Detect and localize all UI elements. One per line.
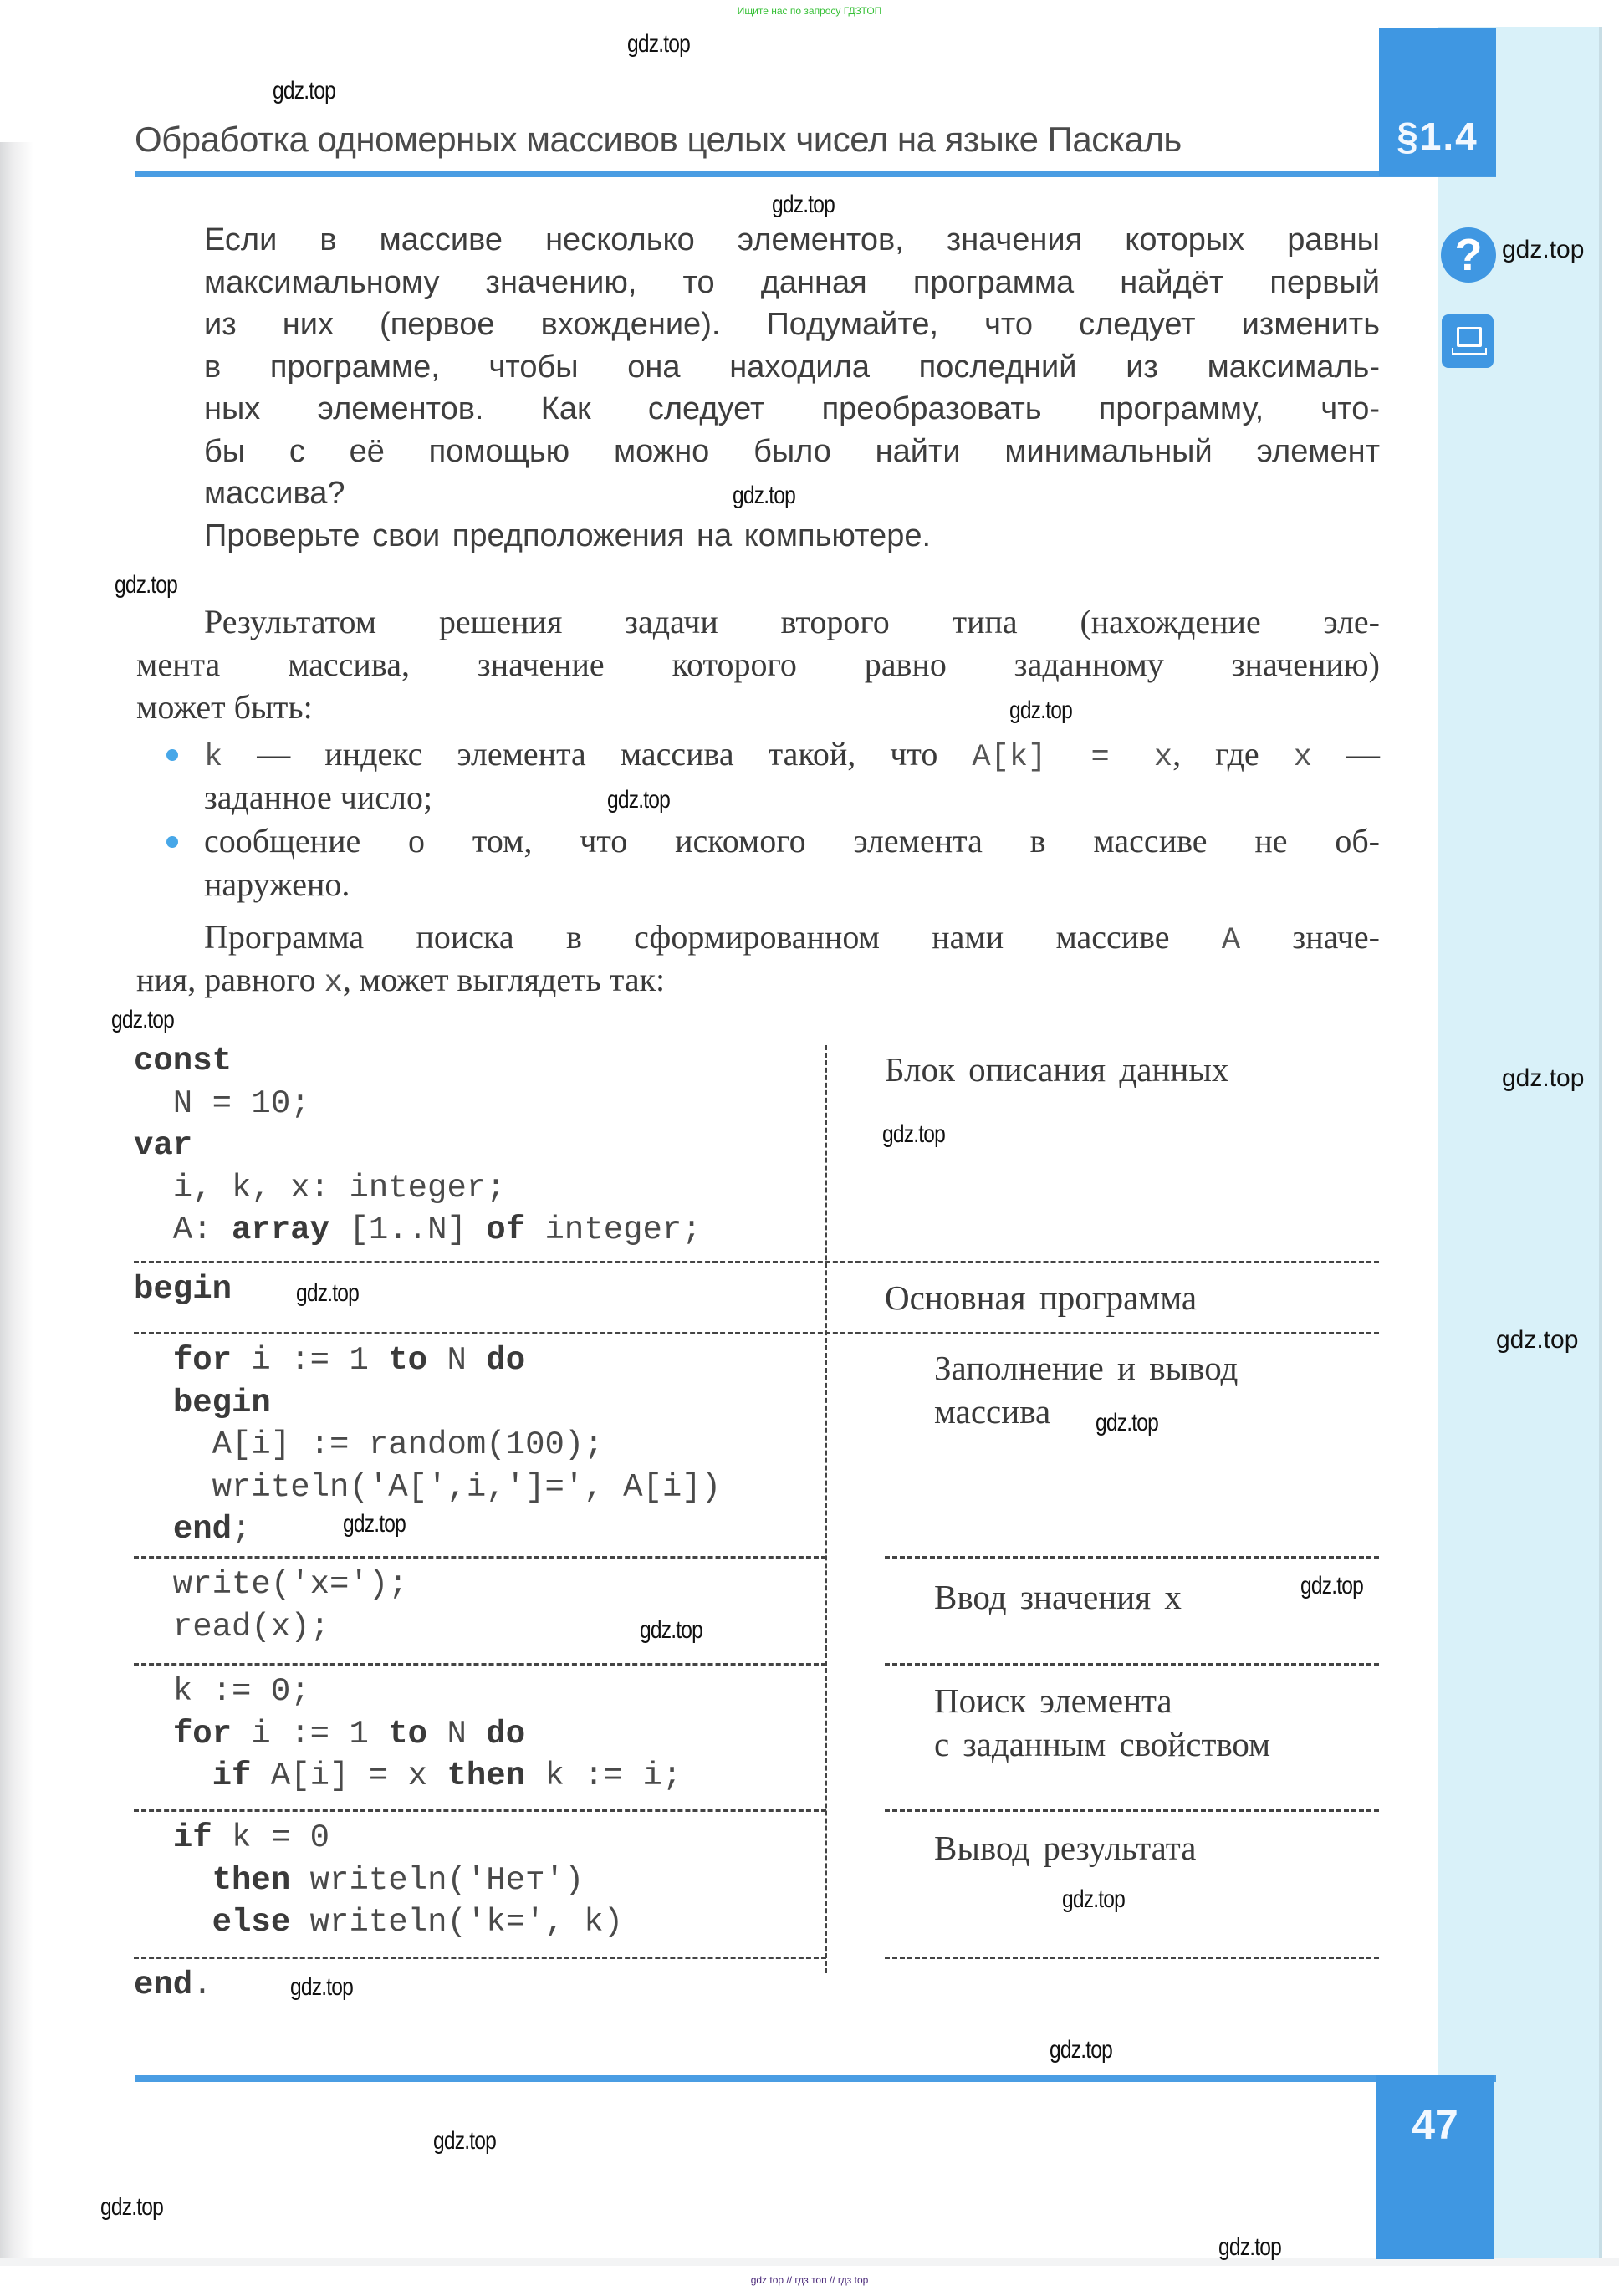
code-keyword: end bbox=[173, 1511, 232, 1548]
page-number-tab: 47 bbox=[1376, 2075, 1494, 2259]
block-description: Поиск элемента bbox=[934, 1681, 1172, 1721]
watermark-link[interactable]: gdz.top bbox=[733, 482, 795, 510]
watermark-link[interactable]: gdz.top bbox=[607, 786, 670, 814]
code-line: i, k, x: integer; bbox=[134, 1170, 506, 1207]
code-line: if A[i] = x then k := i; bbox=[134, 1758, 682, 1794]
code-line: read(x); bbox=[134, 1609, 329, 1645]
block-description: Ввод значения x bbox=[934, 1577, 1182, 1617]
code-keyword: begin bbox=[173, 1385, 271, 1421]
code-keyword: begin bbox=[134, 1271, 232, 1308]
code-line: k := 0; bbox=[134, 1673, 310, 1710]
computer-icon bbox=[1442, 314, 1494, 368]
block-separator bbox=[134, 1957, 826, 1959]
code-line: writeln('A[',i,']=', A[i]) bbox=[134, 1469, 721, 1506]
footer-banner-note[interactable]: gdz top // гдз топ // гдз top bbox=[0, 2274, 1619, 2286]
text-line: мента массива, значение которого равно з… bbox=[136, 643, 1380, 686]
code-x: x bbox=[1294, 740, 1312, 775]
bullet-icon bbox=[166, 749, 178, 761]
result-bullet-list: k — индекс элемента массива такой, что A… bbox=[136, 732, 1380, 906]
text-line: Программа поиска в сформированном нами м… bbox=[136, 916, 1380, 958]
code-line: write('x='); bbox=[134, 1566, 408, 1603]
section-number: §1.4 bbox=[1379, 114, 1496, 159]
page-title: Обработка одномерных массивов целых чисе… bbox=[135, 120, 1182, 160]
block-description: Блок описания данных bbox=[885, 1049, 1228, 1089]
code-keyword: var bbox=[134, 1127, 192, 1164]
text-line: Если в массиве несколько элементов, знач… bbox=[204, 219, 1380, 262]
list-item: сообщение о том, что искомого элемента в… bbox=[136, 819, 1380, 863]
block-separator bbox=[134, 1663, 826, 1666]
code-keyword: const bbox=[134, 1043, 232, 1079]
block-separator bbox=[134, 1332, 1379, 1334]
watermark-link[interactable]: gdz.top bbox=[1300, 1572, 1363, 1600]
code-keyword: array bbox=[232, 1212, 329, 1248]
block-separator bbox=[134, 1261, 1379, 1263]
watermark-link[interactable]: gdz.top bbox=[1502, 1064, 1584, 1093]
top-banner-note[interactable]: Ищите нас по запросу ГДЗТОП bbox=[0, 5, 1619, 17]
code-line: const bbox=[134, 1043, 232, 1079]
code-keyword: of bbox=[486, 1212, 525, 1248]
text-fragment: , где bbox=[1172, 735, 1294, 773]
text-line: из них (первое вхождение). Подумайте, чт… bbox=[204, 304, 1380, 346]
code-keyword: do bbox=[486, 1342, 525, 1379]
watermark-link[interactable]: gdz.top bbox=[1496, 1326, 1578, 1355]
block-description: Основная программа bbox=[885, 1278, 1197, 1318]
text-fragment: значе- bbox=[1240, 918, 1380, 956]
text-line: Проверьте свои предположения на компьюте… bbox=[204, 515, 1380, 558]
code-line: for i := 1 to N do bbox=[134, 1342, 525, 1379]
code-A: A bbox=[1222, 923, 1240, 958]
text-fragment: , может выглядеть так: bbox=[343, 961, 665, 998]
code-line: N = 10; bbox=[134, 1085, 310, 1122]
text-line: бы с её помощью можно было найти минимал… bbox=[204, 431, 1380, 473]
code-line: for i := 1 to N do bbox=[134, 1716, 525, 1753]
list-item-continuation: наружено. bbox=[136, 863, 1380, 906]
section-tab: §1.4 bbox=[1379, 28, 1496, 176]
text-line: может быть: bbox=[136, 686, 1380, 728]
code-line: A[i] := random(100); bbox=[134, 1426, 604, 1463]
computer-screen-shape bbox=[1457, 327, 1482, 347]
watermark-link[interactable]: gdz.top bbox=[115, 571, 177, 600]
watermark-link[interactable]: gdz.top bbox=[1096, 1409, 1158, 1437]
code-keyword: else bbox=[212, 1904, 291, 1941]
text-fragment: ния, равного bbox=[136, 961, 324, 998]
block-separator bbox=[134, 1809, 826, 1812]
code-keyword: then bbox=[212, 1862, 291, 1899]
watermark-link[interactable]: gdz.top bbox=[111, 1006, 174, 1034]
block-separator bbox=[885, 1556, 1379, 1559]
text-line: максимальному значению, то данная програ… bbox=[204, 262, 1380, 304]
code-keyword: for bbox=[173, 1716, 232, 1753]
watermark-link[interactable]: gdz.top bbox=[1218, 2233, 1281, 2262]
code-line: A: array [1..N] of integer; bbox=[134, 1212, 702, 1248]
watermark-link[interactable]: gdz.top bbox=[1502, 236, 1584, 264]
code-expression: A[k] = x bbox=[972, 740, 1172, 775]
code-keyword: to bbox=[388, 1716, 427, 1753]
text-fragment: — bbox=[1312, 735, 1380, 773]
block-separator bbox=[885, 1809, 1379, 1812]
code-keyword: to bbox=[388, 1342, 427, 1379]
watermark-link[interactable]: gdz.top bbox=[433, 2127, 496, 2156]
code-k: k bbox=[204, 740, 222, 775]
title-underline bbox=[135, 171, 1496, 177]
watermark-link[interactable]: gdz.top bbox=[290, 1973, 353, 2002]
block-description: с заданным свойством bbox=[934, 1724, 1270, 1764]
text-line: ных элементов. Как следует преобразовать… bbox=[204, 388, 1380, 431]
margin-strip-edge bbox=[1599, 27, 1602, 2258]
text-fragment: сообщение о том, что искомого элемента в… bbox=[204, 822, 1380, 860]
code-line: begin bbox=[134, 1271, 232, 1308]
watermark-link[interactable]: gdz.top bbox=[273, 77, 335, 105]
block-description: Заполнение и вывод bbox=[934, 1348, 1238, 1388]
result-paragraph: Результатом решения задачи второго типа … bbox=[136, 600, 1380, 728]
watermark-link[interactable]: gdz.top bbox=[1062, 1885, 1125, 1914]
list-item: k — индекс элемента массива такой, что A… bbox=[136, 732, 1380, 776]
code-keyword: end bbox=[134, 1967, 192, 2003]
column-divider bbox=[825, 1045, 827, 1973]
watermark-link[interactable]: gdz.top bbox=[1009, 696, 1072, 725]
text-line: Результатом решения задачи второго типа … bbox=[136, 600, 1380, 643]
text-fragment: Программа поиска в сформированном нами м… bbox=[204, 918, 1222, 956]
code-line: end. bbox=[134, 1967, 212, 2003]
block-description: массива bbox=[934, 1391, 1050, 1431]
code-keyword: if bbox=[212, 1758, 252, 1794]
code-x: x bbox=[324, 966, 343, 1001]
question-icon: ? bbox=[1441, 227, 1496, 283]
block-separator bbox=[885, 1663, 1379, 1666]
code-keyword: then bbox=[447, 1758, 525, 1794]
computer-base-shape bbox=[1452, 348, 1487, 355]
block-separator bbox=[134, 1556, 826, 1559]
code-keyword: if bbox=[173, 1819, 212, 1856]
watermark-link[interactable]: gdz.top bbox=[640, 1616, 702, 1645]
watermark-link[interactable]: gdz.top bbox=[882, 1120, 945, 1149]
code-keyword: do bbox=[486, 1716, 525, 1753]
code-line: var bbox=[134, 1127, 192, 1164]
code-line: if k = 0 bbox=[134, 1819, 329, 1856]
code-line: begin bbox=[134, 1385, 271, 1421]
program-intro-paragraph: Программа поиска в сформированном нами м… bbox=[136, 916, 1380, 1001]
block-separator bbox=[885, 1957, 1379, 1959]
code-keyword: for bbox=[173, 1342, 232, 1379]
text-line: в программе, чтобы она находила последни… bbox=[204, 346, 1380, 389]
bullet-icon bbox=[166, 836, 178, 848]
bottom-rule bbox=[135, 2075, 1496, 2082]
watermark-link[interactable]: gdz.top bbox=[772, 191, 835, 219]
watermark-link[interactable]: gdz.top bbox=[627, 30, 690, 59]
watermark-link[interactable]: gdz.top bbox=[100, 2193, 163, 2222]
block-description: Вывод результата bbox=[934, 1828, 1196, 1868]
page-number: 47 bbox=[1376, 2100, 1494, 2149]
code-line: then writeln('Нет') bbox=[134, 1862, 584, 1899]
text-line: ния, равного x, может выглядеть так: bbox=[136, 958, 1380, 1001]
watermark-link[interactable]: gdz.top bbox=[296, 1279, 359, 1308]
watermark-link[interactable]: gdz.top bbox=[343, 1510, 406, 1538]
code-line: else writeln('k=', k) bbox=[134, 1904, 623, 1941]
text-fragment: — индекс элемента массива такой, что bbox=[222, 735, 972, 773]
watermark-link[interactable]: gdz.top bbox=[1050, 2036, 1112, 2064]
code-line: end; bbox=[134, 1511, 251, 1548]
page-spine-shadow bbox=[0, 142, 33, 2258]
list-item-continuation: заданное число; bbox=[136, 776, 1380, 819]
